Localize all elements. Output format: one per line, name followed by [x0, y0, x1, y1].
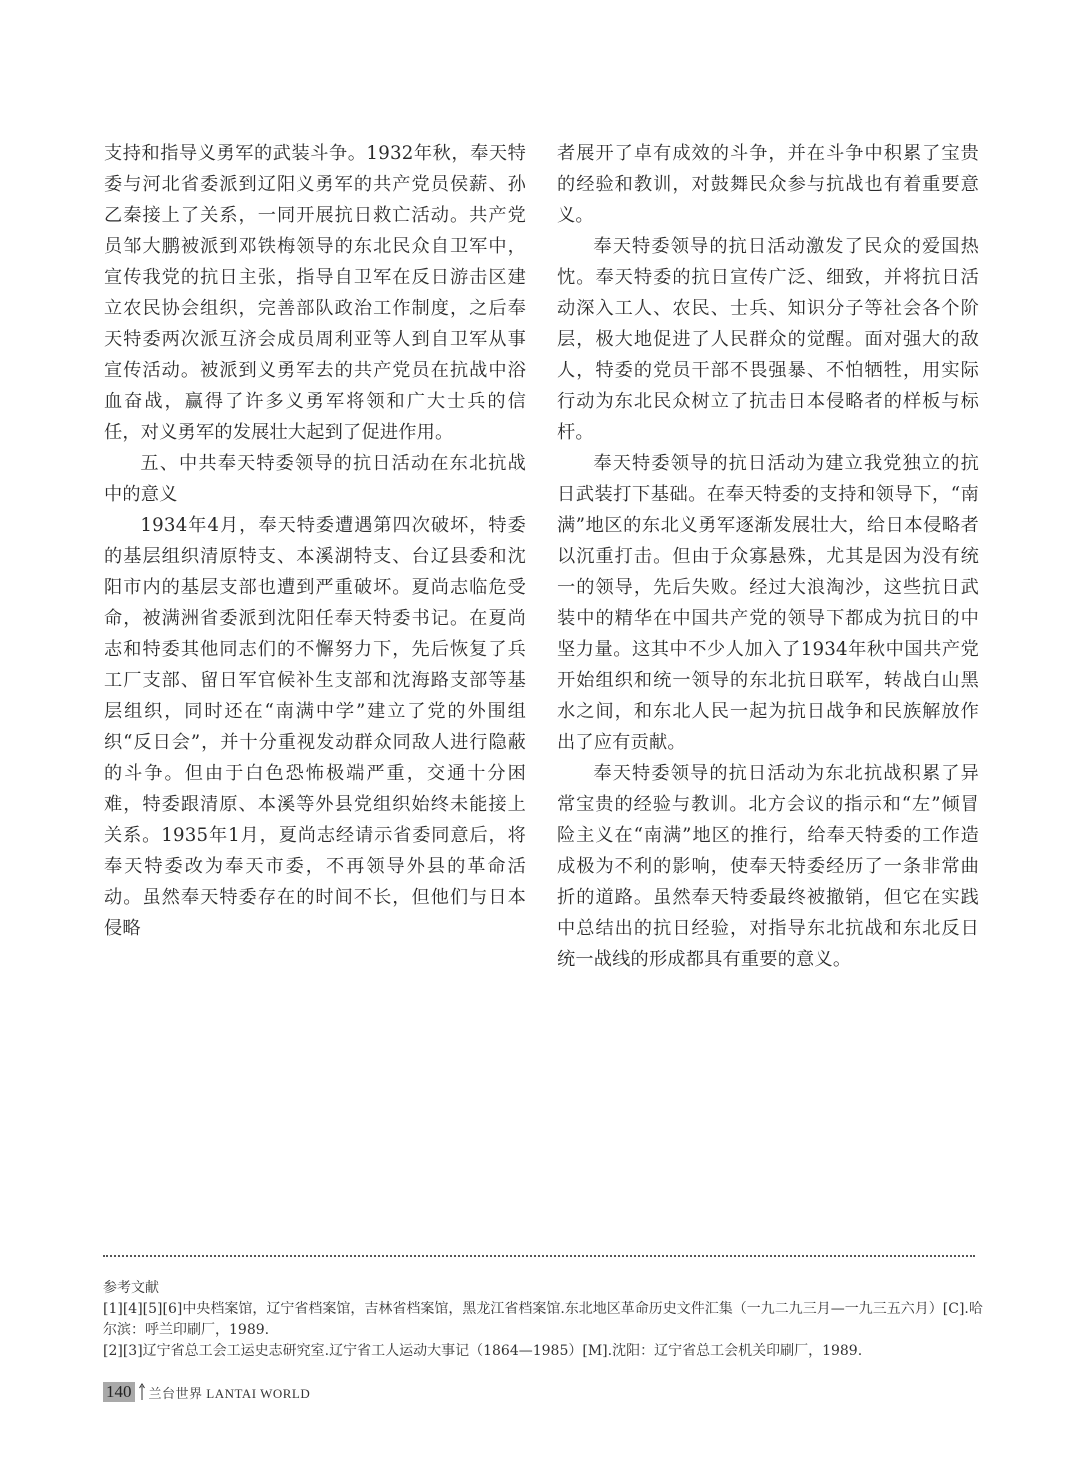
journal-name: 兰台世界 LANTAI WORLD: [149, 1383, 311, 1402]
reference-item: [2][3]辽宁省总工会工运史志研究室.辽宁省工人运动大事记（1864—1985…: [103, 1341, 983, 1362]
paragraph: 1934年4月，奉天特委遭遇第四次破坏，特委的基层组织清原特支、本溪湖特支、台辽…: [104, 510, 526, 944]
arrow-up-icon: [139, 1383, 145, 1401]
paragraph: 支持和指导义勇军的武装斗争。1932年秋，奉天特委与河北省委派到辽阳义勇军的共产…: [104, 138, 526, 448]
paragraph: 奉天特委领导的抗日活动为东北抗战积累了异常宝贵的经验与教训。北方会议的指示和“左…: [557, 758, 979, 975]
paragraph: 奉天特委领导的抗日活动为建立我党独立的抗日武装打下基础。在奉天特委的支持和领导下…: [557, 448, 979, 758]
right-column: 者展开了卓有成效的斗争，并在斗争中积累了宝贵的经验和教训，对鼓舞民众参与抗战也有…: [557, 138, 979, 975]
dotted-separator: [103, 1255, 975, 1257]
references-section: 参考文献 [1][4][5][6]中央档案馆，辽宁省档案馆，吉林省档案馆，黑龙江…: [103, 1278, 983, 1362]
left-column: 支持和指导义勇军的武装斗争。1932年秋，奉天特委与河北省委派到辽阳义勇军的共产…: [104, 138, 526, 944]
paragraph: 奉天特委领导的抗日活动激发了民众的爱国热忱。奉天特委的抗日宣传广泛、细致，并将抗…: [557, 231, 979, 448]
page-footer: 140 兰台世界 LANTAI WORLD: [103, 1382, 310, 1402]
page-number: 140: [103, 1382, 135, 1402]
references-title: 参考文献: [103, 1278, 983, 1299]
section-heading: 五、中共奉天特委领导的抗日活动在东北抗战中的意义: [104, 448, 526, 510]
reference-item: [1][4][5][6]中央档案馆，辽宁省档案馆，吉林省档案馆，黑龙江省档案馆.…: [103, 1299, 983, 1341]
paragraph: 者展开了卓有成效的斗争，并在斗争中积累了宝贵的经验和教训，对鼓舞民众参与抗战也有…: [557, 138, 979, 231]
